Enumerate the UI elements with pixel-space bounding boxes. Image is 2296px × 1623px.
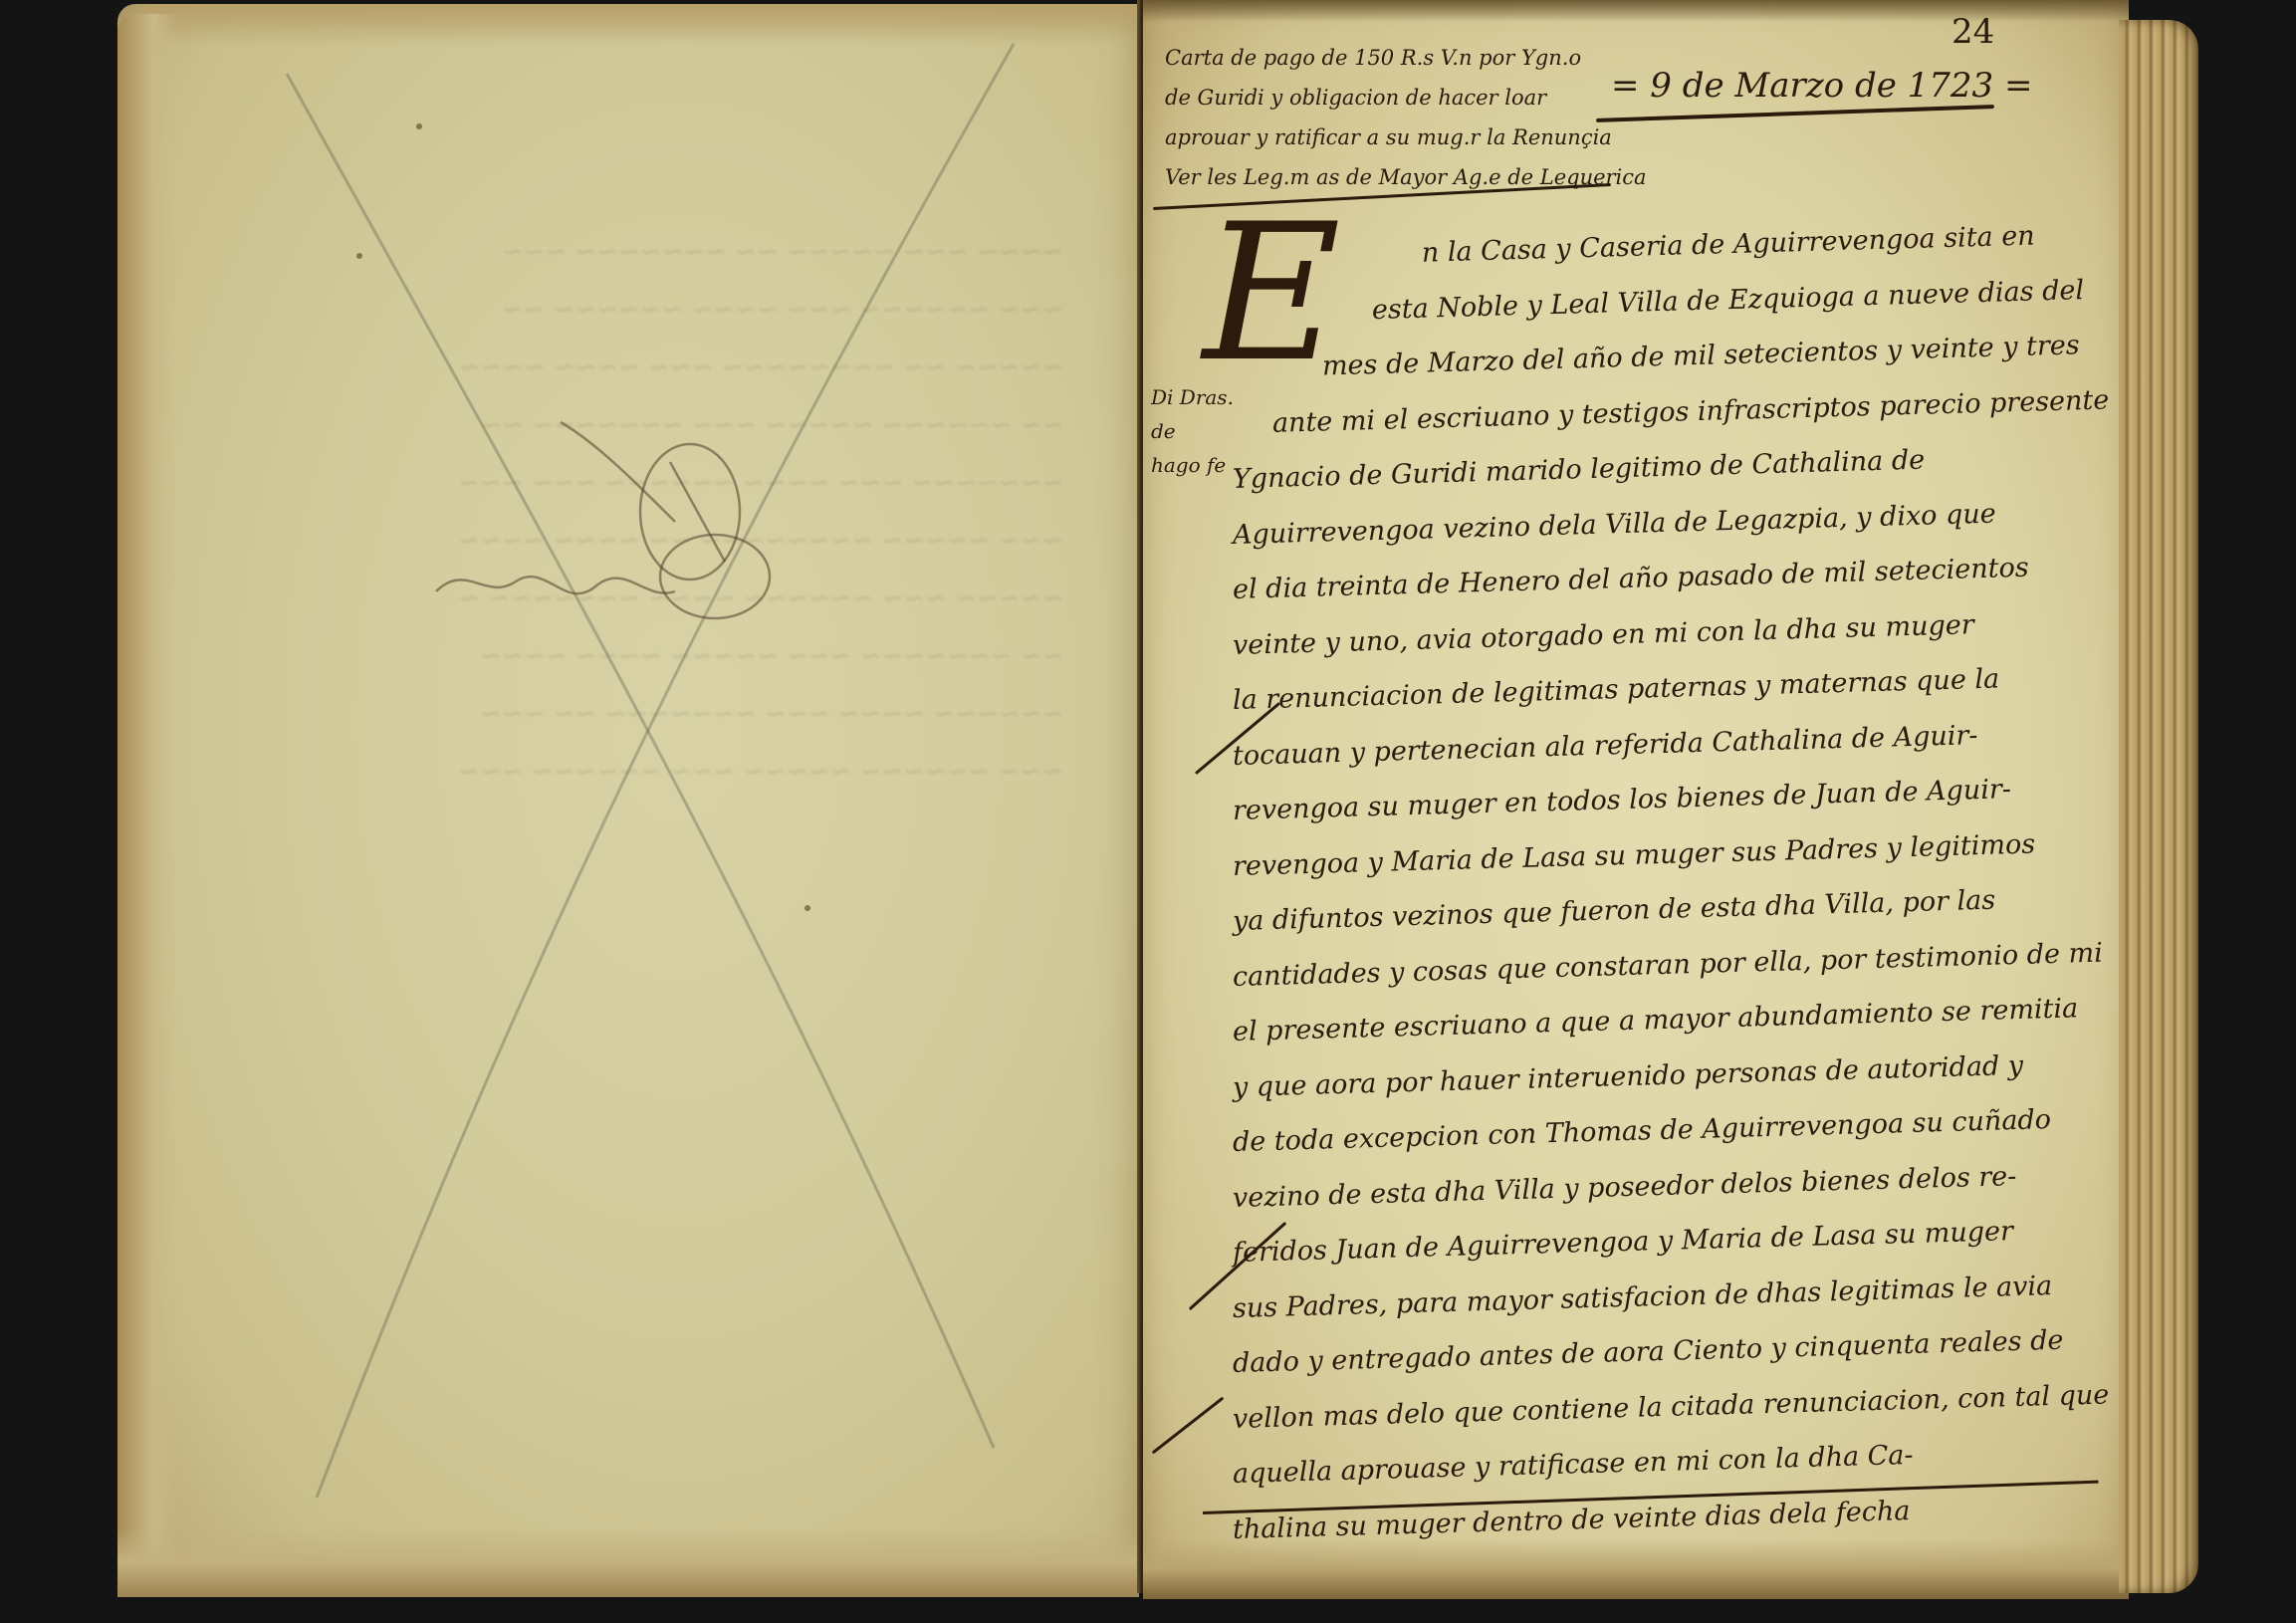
foxing-spot [416,123,422,129]
heading-line: Carta de pago de 150 R.s V.n por Ygn.o [1165,38,1643,78]
document-body: n la Casa y Caseria de Aguirrevengoa sit… [1233,231,2099,1557]
stacked-page-edges [2119,20,2198,1593]
document-date: = 9 de Marzo de 1723 = [1611,66,2032,106]
page-number: 24 [1952,12,1994,52]
left-page: ~~~~ ~~~ ~~~~~ ~~ ~~~~~~~ ~~~ ~~~ ~~~~~~… [117,4,1139,1597]
manuscript-spread: ~~~~ ~~~ ~~~~~ ~~ ~~~~~~~ ~~~ ~~~ ~~~~~~… [117,0,2188,1615]
pencil-cancellation-x [117,4,1139,1597]
heading-line: aprouar y ratificar a su mug.r la Renunç… [1165,117,1643,157]
heading-line: de Guridi y obligacion de hacer loar [1165,78,1643,117]
right-page: 24 Carta de pago de 150 R.s V.n por Ygn.… [1143,0,2129,1599]
foxing-spot [356,253,362,259]
foxing-spot [804,905,810,911]
document-heading: Carta de pago de 150 R.s V.n por Ygn.o d… [1165,38,1643,197]
date-underline [1596,105,1994,122]
margin-pen-stroke [1152,1397,1225,1455]
